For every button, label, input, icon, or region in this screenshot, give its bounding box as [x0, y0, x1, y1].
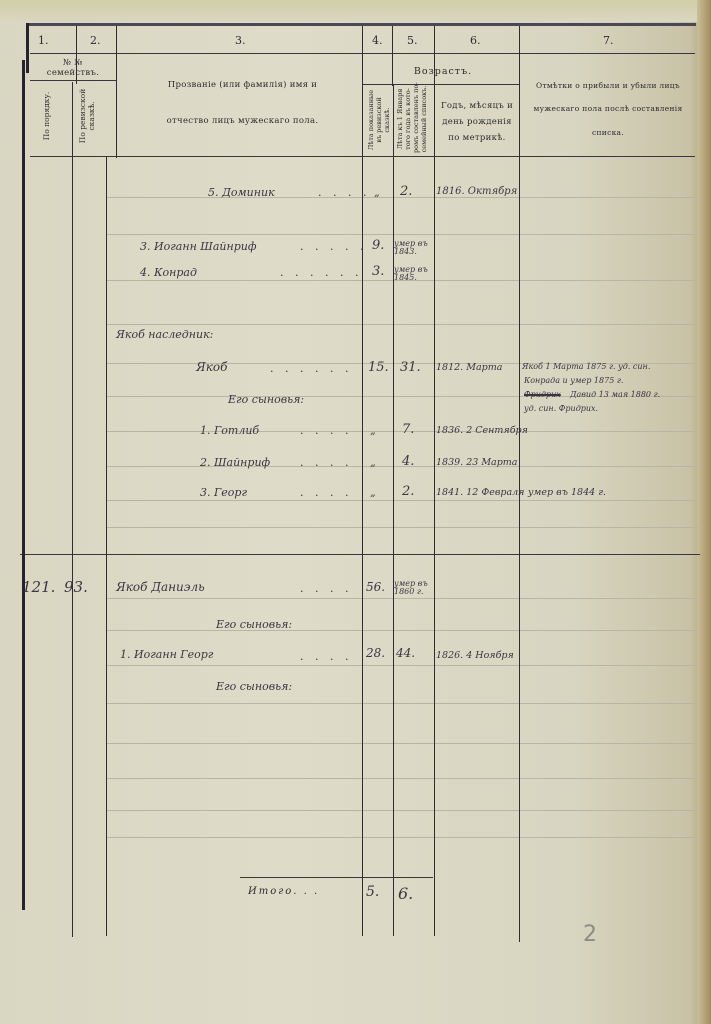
- age-group-header: Возрастъ.: [368, 66, 518, 77]
- entry-age-list-note: умер въ 1860 г.: [394, 580, 434, 597]
- entry-name: 1. Готлиб: [200, 424, 259, 437]
- entry-age-revision: 56.: [366, 580, 385, 594]
- header-age-list-line2: того года въ кото-: [404, 85, 412, 153]
- entry-note: умер въ 1844 г.: [528, 487, 606, 498]
- entry-age-revision: „: [370, 486, 376, 499]
- entry-birth: 1816. Октября: [436, 186, 517, 197]
- header-age-list-line3: ромъ составленъ по-: [412, 85, 420, 153]
- families-group-header: № № семействъ.: [40, 58, 106, 78]
- entry-age-revision: „: [374, 186, 380, 199]
- entry-name: Якоб Даниэль: [116, 580, 205, 594]
- entry-dots: . . . .: [300, 486, 352, 499]
- entry-age-revision: 9.: [372, 238, 384, 253]
- entry-age-revision: 28.: [366, 646, 385, 660]
- header-birth-line1: Годъ, мѣсяцъ и: [436, 101, 518, 111]
- entry-heading: Якоб наследник:: [116, 328, 213, 341]
- entry-birth: 1841. 12 Февраля: [436, 487, 524, 498]
- entry-dots: . . . . . .: [270, 362, 352, 375]
- column-number-4: 4.: [372, 34, 383, 47]
- entry-name: 2. Шайнриф: [200, 456, 270, 469]
- paper-top-band: [0, 0, 711, 22]
- entry-name: 3. Иоганн Шайнриф: [140, 240, 257, 253]
- column-number-7: 7.: [603, 34, 614, 47]
- entry-name: 5. Доминик: [208, 186, 275, 199]
- entry-dots: . . . .: [300, 582, 352, 595]
- entry-dots: . . . . .: [300, 240, 367, 253]
- entry-note-line1: Якоб 1 Марта 1875 г. уд. син.: [522, 362, 650, 371]
- header-birth-line2: день рожденія: [436, 117, 518, 127]
- family-number: 121.: [22, 578, 55, 596]
- entry-birth: 1826. 4 Ноября: [436, 650, 514, 661]
- entry-heading: Его сыновья:: [228, 393, 304, 406]
- column-number-1: 1.: [38, 34, 49, 47]
- header-by-revision: По ревизской сказкѣ.: [78, 82, 97, 150]
- column-number-2: 2.: [90, 34, 101, 47]
- header-notes-line3: списка.: [522, 128, 694, 137]
- total-col4: 5.: [366, 884, 379, 900]
- entry-name: 4. Конрад: [140, 266, 197, 279]
- entry-age-list: 7.: [402, 422, 414, 437]
- entry-age-list-note: умер въ 1843.: [394, 240, 434, 257]
- entry-name: 1. Иоганн Георг: [120, 648, 213, 661]
- entry-heading: Его сыновья:: [216, 680, 292, 693]
- pencil-page-number: 2: [583, 922, 597, 947]
- header-name-line1: Прозваніе (или фамилія) имя и: [130, 80, 355, 90]
- column-number-5: 5.: [407, 34, 418, 47]
- entry-age-list: 4.: [402, 454, 414, 469]
- entry-name: Якоб: [196, 360, 227, 374]
- page-edge-shadow: [697, 0, 711, 1024]
- header-name-line2: отчество лицъ мужескаго пола.: [130, 116, 355, 126]
- header-notes-line2: мужескаго пола послѣ составленія: [522, 104, 694, 113]
- entry-note-line3: Давид 13 мая 1880 г.: [570, 390, 660, 399]
- column-number-6: 6.: [470, 34, 481, 47]
- entry-age-revision: 3.: [372, 264, 384, 279]
- revision-number: 93.: [64, 578, 88, 596]
- entry-note-line2: Конрада и умер 1875 г.: [524, 376, 623, 385]
- entry-name: 3. Георг: [200, 486, 247, 499]
- entry-age-list: 31.: [400, 360, 421, 375]
- entry-dots: . . . .: [300, 650, 352, 663]
- entry-age-revision: 15.: [368, 360, 389, 375]
- entry-age-revision: „: [370, 456, 376, 469]
- header-birth-line3: по метрикѣ.: [436, 133, 518, 143]
- column-number-3: 3.: [235, 34, 246, 47]
- entry-age-list: 44.: [396, 646, 415, 660]
- entry-age-list-note: умер въ 1845.: [394, 266, 434, 283]
- header-notes-line1: Отмѣтки о прибыли и убыли лицъ: [522, 81, 694, 90]
- entry-age-revision: „: [370, 424, 376, 437]
- header-by-order: По порядку.: [42, 82, 51, 150]
- entry-note-struck: Фридрих: [524, 390, 561, 399]
- entry-dots: . . . .: [318, 186, 370, 199]
- header-age-list-line4: семейный списокъ.: [420, 85, 428, 153]
- entry-birth: 1812. Марта: [436, 362, 502, 373]
- entry-dots: . . . .: [300, 456, 352, 469]
- entry-birth: 1839. 23 Марта: [436, 457, 517, 468]
- entry-heading: Его сыновья:: [216, 618, 292, 631]
- entry-note-line4: уд. син. Фридрих.: [524, 404, 598, 413]
- entry-birth: 1836. 2 Сентября: [436, 425, 528, 436]
- entry-dots: . . . . . .: [280, 266, 362, 279]
- entry-age-list: 2.: [400, 184, 412, 199]
- ruled-lines: [0, 0, 711, 1024]
- total-label: Итого. . .: [248, 886, 319, 897]
- total-col5: 6.: [398, 884, 413, 903]
- entry-age-list: 2.: [402, 484, 414, 499]
- entry-dots: . . . .: [300, 424, 352, 437]
- header-age-revision: Лѣта показанные въ ревизской сказкѣ.: [367, 87, 391, 153]
- header-age-list-line1: Лѣта къ 1 Января: [396, 85, 404, 153]
